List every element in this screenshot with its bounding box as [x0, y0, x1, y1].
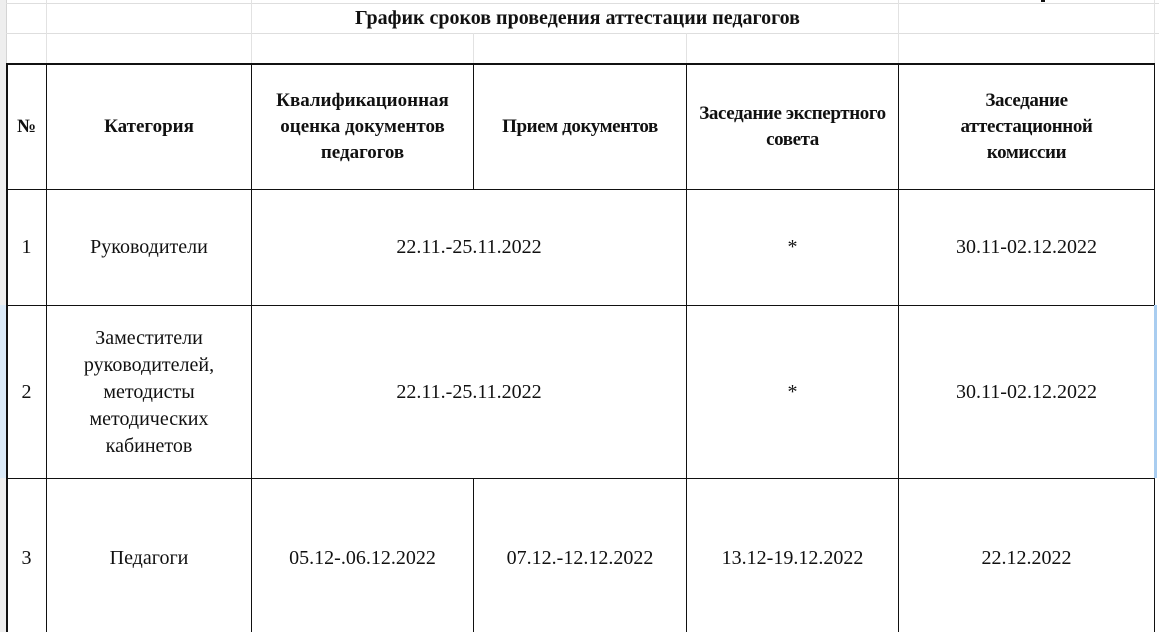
row1-commission[interactable]: 30.11-02.12.2022 [899, 190, 1155, 306]
row3-qualification[interactable]: 05.12-.06.12.2022 [252, 479, 474, 632]
sheet-title[interactable]: График сроков проведения аттестации педа… [6, 3, 1159, 33]
row2-qualification-reception[interactable]: 22.11.-25.11.2022 [252, 306, 687, 479]
row3-expert-council[interactable]: 13.12-19.12.2022 [687, 479, 899, 632]
header-num[interactable]: № [7, 64, 47, 190]
header-qualification[interactable]: Квалификационная оценка документов педаг… [252, 64, 474, 190]
gridline [686, 33, 687, 64]
selection-border [1154, 305, 1157, 478]
row3-reception[interactable]: 07.12.-12.12.2022 [474, 479, 687, 632]
row1-expert-council[interactable]: * [687, 190, 899, 306]
row3-commission[interactable]: 22.12.2022 [899, 479, 1155, 632]
row1-num[interactable]: 1 [7, 190, 47, 306]
cell-marker [1041, 0, 1045, 2]
row3-category[interactable]: Педагоги [47, 479, 252, 632]
row1-category[interactable]: Руководители [47, 190, 252, 306]
row3-num[interactable]: 3 [7, 479, 47, 632]
gridline [6, 33, 1159, 34]
row2-category[interactable]: Заместители руководителей, методисты мет… [47, 306, 252, 479]
gridline [473, 33, 474, 64]
row1-qualification-reception[interactable]: 22.11.-25.11.2022 [252, 190, 687, 306]
row2-commission[interactable]: 30.11-02.12.2022 [899, 306, 1155, 479]
row2-expert-council[interactable]: * [687, 306, 899, 479]
header-category[interactable]: Категория [47, 64, 252, 190]
header-expert-council[interactable]: Заседание экспертного совета [687, 64, 899, 190]
header-commission[interactable]: Заседание аттестационной комиссии [899, 64, 1155, 190]
row2-num[interactable]: 2 [7, 306, 47, 479]
header-reception[interactable]: Прием документов [474, 64, 687, 190]
